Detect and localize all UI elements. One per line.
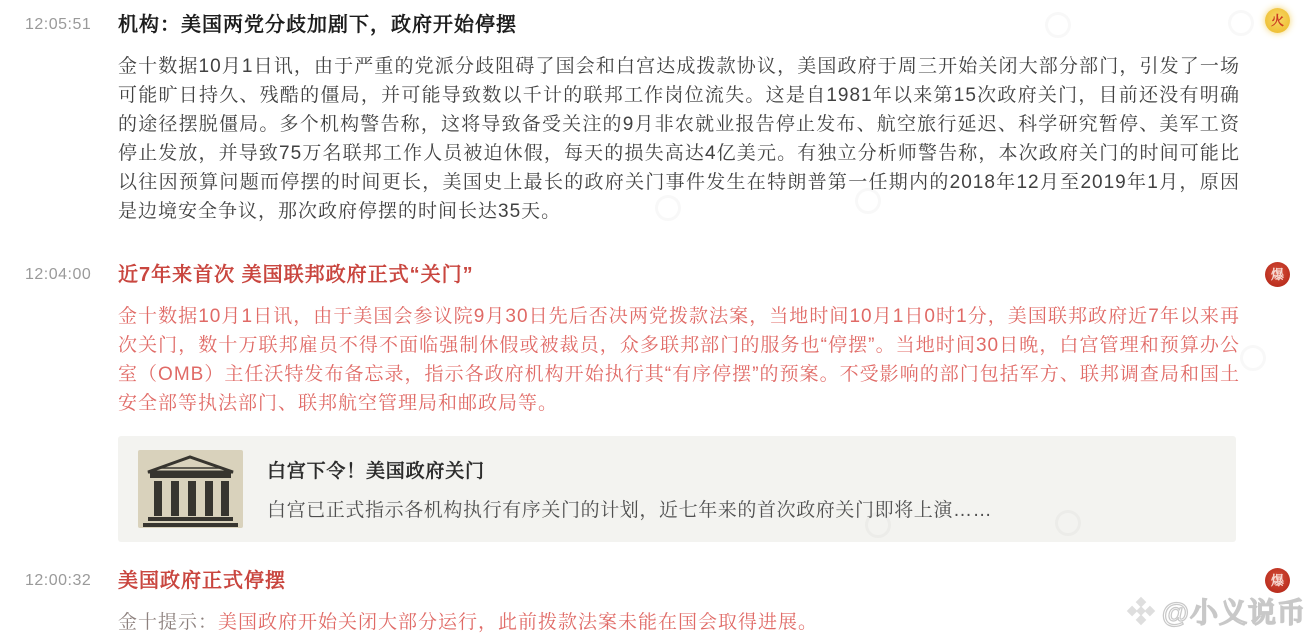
news-feed-page: 12:05:51 机构：美国两党分歧加剧下，政府开始停摆 金十数据10月1日讯，… <box>0 0 1316 633</box>
news-headline: 近7年来首次 美国联邦政府正式“关门” <box>118 262 1240 288</box>
burst-badge-icon: 爆 <box>1265 262 1290 287</box>
timestamp: 12:05:51 <box>0 12 118 38</box>
card-title: 白宫下令！美国政府关门 <box>267 456 992 483</box>
news-headline: 美国政府正式停摆 <box>118 568 1240 594</box>
author-watermark: @小义说币 <box>1125 591 1306 631</box>
news-item: 12:04:00 近7年来首次 美国联邦政府正式“关门” 金十数据10月1日讯，… <box>0 262 1316 542</box>
card-description: 白宫已正式指示各机构执行有序关门的计划，近七年来的首次政府关门即将上演…… <box>267 495 992 522</box>
news-item: 12:00:32 美国政府正式停摆 金十提示：美国政府开始关闭大部分运行，此前拨… <box>0 568 1316 633</box>
news-headline: 机构：美国两党分歧加剧下，政府开始停摆 <box>118 12 1240 38</box>
hot-badge-icon: 火 <box>1265 8 1290 33</box>
timestamp: 12:04:00 <box>0 262 118 288</box>
timestamp: 12:00:32 <box>0 568 118 594</box>
news-body: 金十数据10月1日讯，由于美国会参议院9月30日先后否决两党拨款法案，当地时间1… <box>118 302 1240 418</box>
capitol-building-icon <box>138 450 243 528</box>
burst-badge-icon: 爆 <box>1265 568 1290 593</box>
watermark-handle: @小义说币 <box>1162 591 1306 631</box>
binance-diamond-logo-icon <box>1125 595 1157 627</box>
tip-text: 美国政府开始关闭大部分运行，此前拨款法案未能在国会取得进展。 <box>218 612 818 633</box>
news-item: 12:05:51 机构：美国两党分歧加剧下，政府开始停摆 金十数据10月1日讯，… <box>0 0 1316 226</box>
news-body: 金十提示：美国政府开始关闭大部分运行，此前拨款法案未能在国会取得进展。 <box>118 608 1240 633</box>
linked-article-card[interactable]: 白宫下令！美国政府关门 白宫已正式指示各机构执行有序关门的计划，近七年来的首次政… <box>118 436 1236 542</box>
news-body: 金十数据10月1日讯，由于严重的党派分歧阻碍了国会和白宫达成拨款协议，美国政府于… <box>118 52 1240 226</box>
tip-prefix: 金十提示： <box>118 612 218 633</box>
